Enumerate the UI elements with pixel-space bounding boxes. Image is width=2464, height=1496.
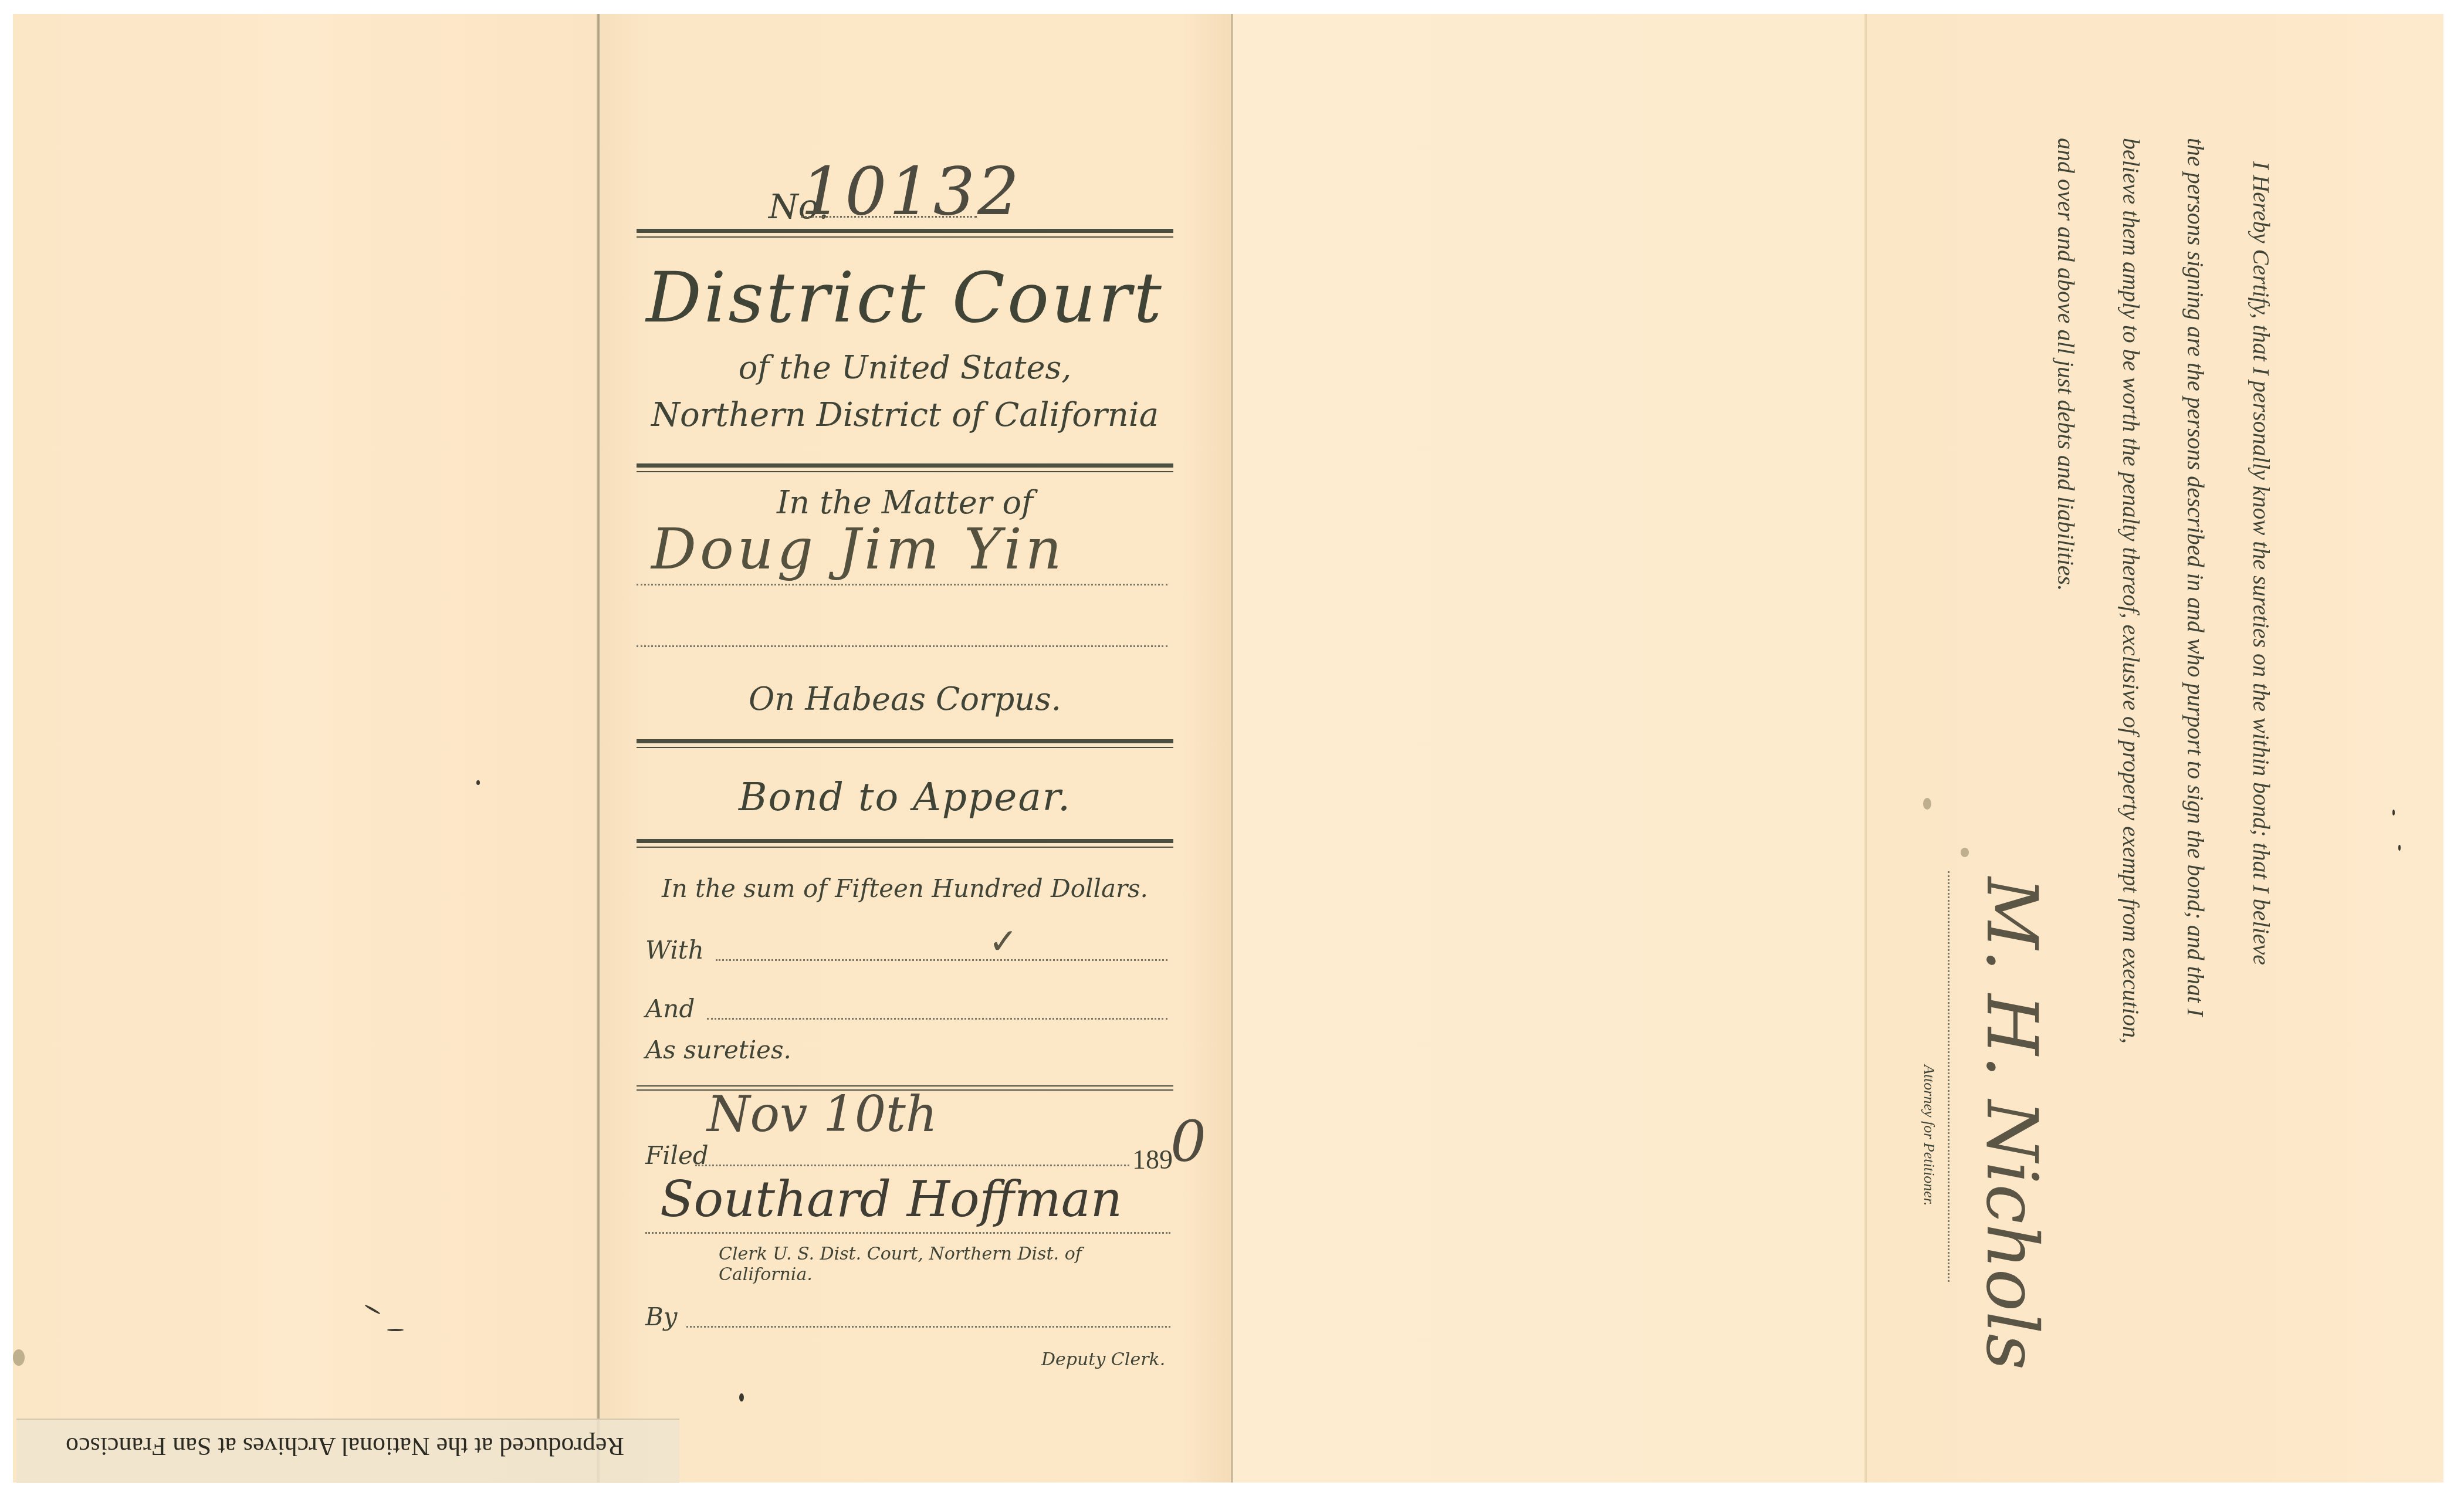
court-district: Northern District of California bbox=[637, 396, 1173, 434]
certificate-line-2: the persons signing are the persons desc… bbox=[2182, 138, 2209, 1016]
attorney-signature: M. H. Nichols bbox=[1971, 877, 2052, 1370]
year-suffix: 0 bbox=[1170, 1109, 1206, 1175]
speck bbox=[476, 780, 480, 785]
year-prefix: 189 bbox=[1132, 1144, 1173, 1175]
and-field bbox=[707, 1018, 1167, 1020]
certificate-line-1: I Hereby Certify, that I personally know… bbox=[2248, 161, 2275, 965]
stain bbox=[1923, 798, 1931, 810]
by-field bbox=[686, 1326, 1170, 1328]
petitioner-dotline bbox=[637, 584, 1167, 585]
fold-crease-3 bbox=[1864, 14, 1867, 1483]
attorney-signature-line bbox=[1948, 871, 1949, 1282]
speck bbox=[739, 1393, 744, 1402]
panel-left-blank bbox=[13, 14, 598, 1483]
stain bbox=[1961, 848, 1969, 857]
court-subtitle: of the United States, bbox=[637, 349, 1173, 386]
filed-date: Nov 10th bbox=[707, 1085, 937, 1143]
petitioner-name: Doug Jim Yin bbox=[651, 516, 1065, 582]
archive-stamp: Reproduced at the National Archives at S… bbox=[16, 1419, 679, 1483]
with-checkmark: ✓ bbox=[989, 921, 1018, 962]
bond-sum: In the sum of Fifteen Hundred Dollars. bbox=[637, 874, 1173, 903]
by-label: By bbox=[645, 1302, 678, 1331]
court-title: District Court bbox=[637, 257, 1173, 338]
matter-label: In the Matter of bbox=[637, 484, 1173, 521]
attorney-caption: Attorney for Petitioner. bbox=[1920, 1065, 1938, 1206]
sureties-label: As sureties. bbox=[645, 1035, 791, 1064]
stain bbox=[13, 1349, 25, 1366]
speck bbox=[2392, 810, 2395, 815]
speck bbox=[2398, 845, 2401, 851]
and-label: And bbox=[645, 994, 695, 1023]
case-number-row: No. 10132 bbox=[769, 164, 1062, 223]
filed-date-field bbox=[695, 1165, 1129, 1166]
double-rule bbox=[637, 463, 1173, 472]
certificate-line-3: believe them amply to be worth the penal… bbox=[2117, 138, 2145, 1044]
certificate-rotated: I Hereby Certify, that I personally know… bbox=[1999, 138, 2275, 1370]
with-label: With bbox=[645, 936, 704, 964]
document-title: Bond to Appear. bbox=[637, 774, 1173, 820]
double-rule bbox=[637, 839, 1173, 848]
petitioner-dotline-2 bbox=[637, 645, 1167, 647]
pen-mark bbox=[387, 1329, 404, 1331]
panel-blank-inner bbox=[1232, 14, 1879, 1483]
with-field bbox=[716, 959, 1167, 961]
case-number-value: 10132 bbox=[801, 154, 1021, 230]
clerk-signature: Southard Hoffman bbox=[660, 1170, 1122, 1228]
deputy-clerk-caption: Deputy Clerk. bbox=[1041, 1349, 1165, 1370]
fold-crease-2 bbox=[1231, 14, 1233, 1483]
fold-crease-1 bbox=[597, 14, 600, 1483]
clerk-signature-line bbox=[645, 1232, 1170, 1234]
certificate-line-4: and over and above all just debts and li… bbox=[2052, 138, 2080, 591]
proceeding-label: On Habeas Corpus. bbox=[637, 681, 1173, 717]
double-rule bbox=[637, 229, 1173, 238]
double-rule bbox=[637, 739, 1173, 748]
archive-stamp-text: Reproduced at the National Archives at S… bbox=[52, 1431, 638, 1461]
clerk-caption: Clerk U. S. Dist. Court, Northern Dist. … bbox=[719, 1244, 1179, 1285]
